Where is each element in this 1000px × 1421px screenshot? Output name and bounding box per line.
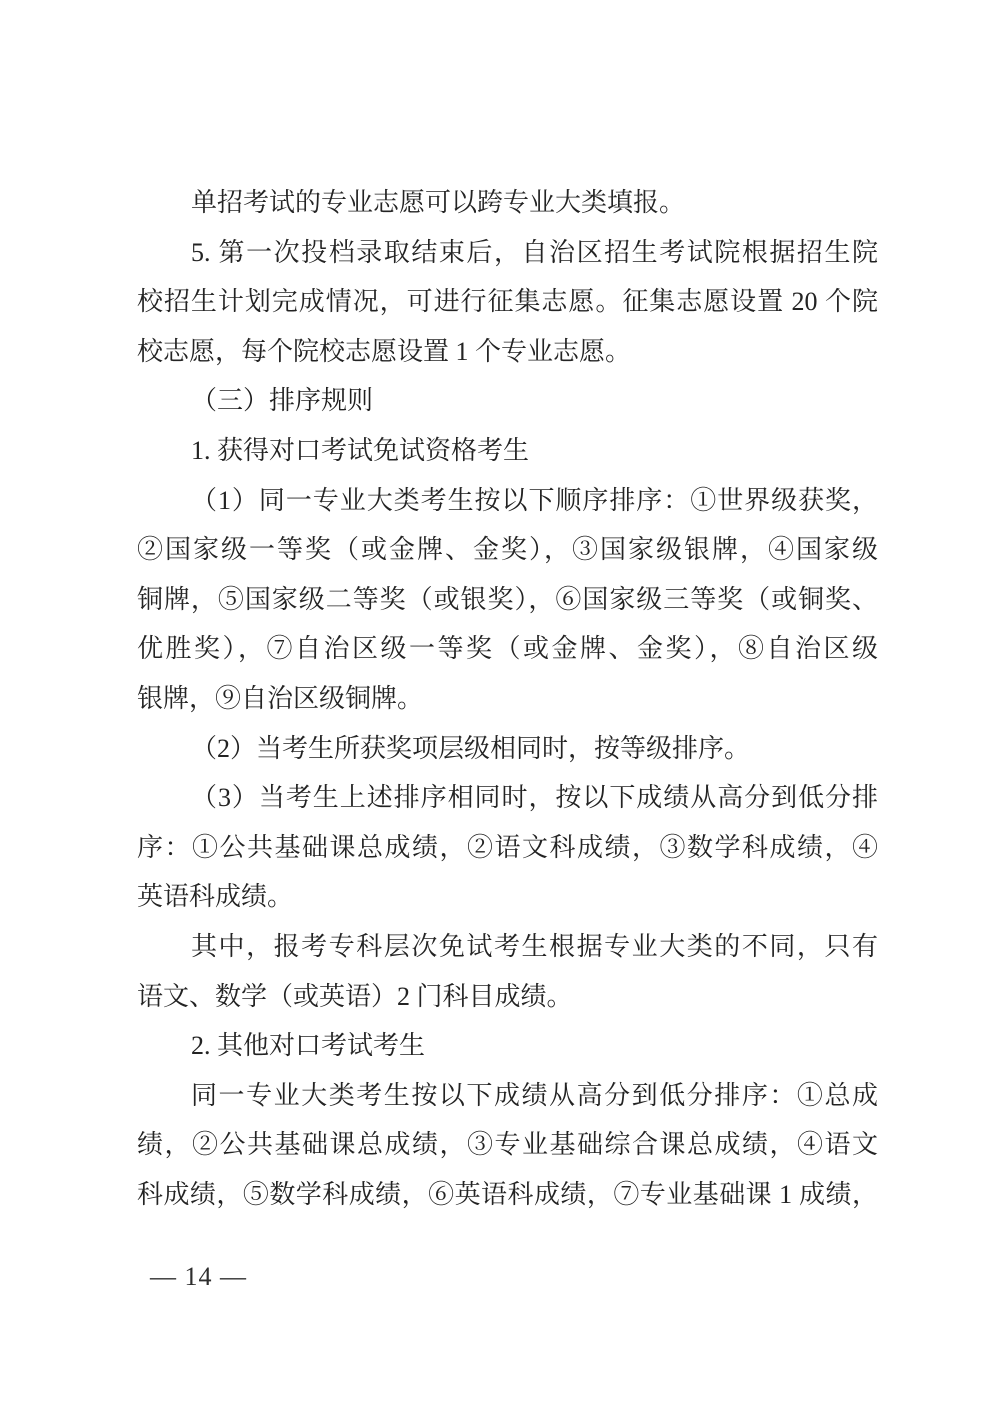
text-line: 序：①公共基础课总成绩，②语文科成绩，③数学科成绩，④ [137, 823, 878, 873]
text-line: 科成绩，⑤数学科成绩，⑥英语科成绩，⑦专业基础课 1 成绩， [137, 1170, 878, 1220]
text-line: 同一专业大类考生按以下成绩从高分到低分排序：①总成 [137, 1071, 878, 1121]
text-line: 优胜奖），⑦自治区级一等奖（或金牌、金奖），⑧自治区级 [137, 624, 878, 674]
text-line: （2）当考生所获奖项层级相同时，按等级排序。 [137, 724, 878, 774]
page-number: — 14 — [150, 1261, 247, 1293]
text-line: 5. 第一次投档录取结束后，自治区招生考试院根据招生院 [137, 228, 878, 278]
document-body: 单招考试的专业志愿可以跨专业大类填报。 5. 第一次投档录取结束后，自治区招生考… [137, 178, 878, 1219]
text-line: 校志愿，每个院校志愿设置 1 个专业志愿。 [137, 327, 878, 377]
text-line: 单招考试的专业志愿可以跨专业大类填报。 [137, 178, 878, 228]
text-line: 铜牌，⑤国家级二等奖（或银奖），⑥国家级三等奖（或铜奖、 [137, 575, 878, 625]
subsection-heading: 1. 获得对口考试免试资格考生 [137, 426, 878, 476]
subsection-heading: 2. 其他对口考试考生 [137, 1021, 878, 1071]
text-line: 绩，②公共基础课总成绩，③专业基础综合课总成绩，④语文 [137, 1120, 878, 1170]
text-line: 其中，报考专科层次免试考生根据专业大类的不同，只有 [137, 922, 878, 972]
text-line: ②国家级一等奖（或金牌、金奖），③国家级银牌，④国家级 [137, 525, 878, 575]
text-line: （1）同一专业大类考生按以下顺序排序：①世界级获奖， [137, 476, 878, 526]
text-line: 银牌，⑨自治区级铜牌。 [137, 674, 878, 724]
document-page: 单招考试的专业志愿可以跨专业大类填报。 5. 第一次投档录取结束后，自治区招生考… [0, 0, 1000, 1421]
section-heading: （三）排序规则 [137, 376, 878, 426]
text-line: 校招生计划完成情况，可进行征集志愿。征集志愿设置 20 个院 [137, 277, 878, 327]
text-line: 语文、数学（或英语）2 门科目成绩。 [137, 972, 878, 1022]
text-line: 英语科成绩。 [137, 872, 878, 922]
text-line: （3）当考生上述排序相同时，按以下成绩从高分到低分排 [137, 773, 878, 823]
